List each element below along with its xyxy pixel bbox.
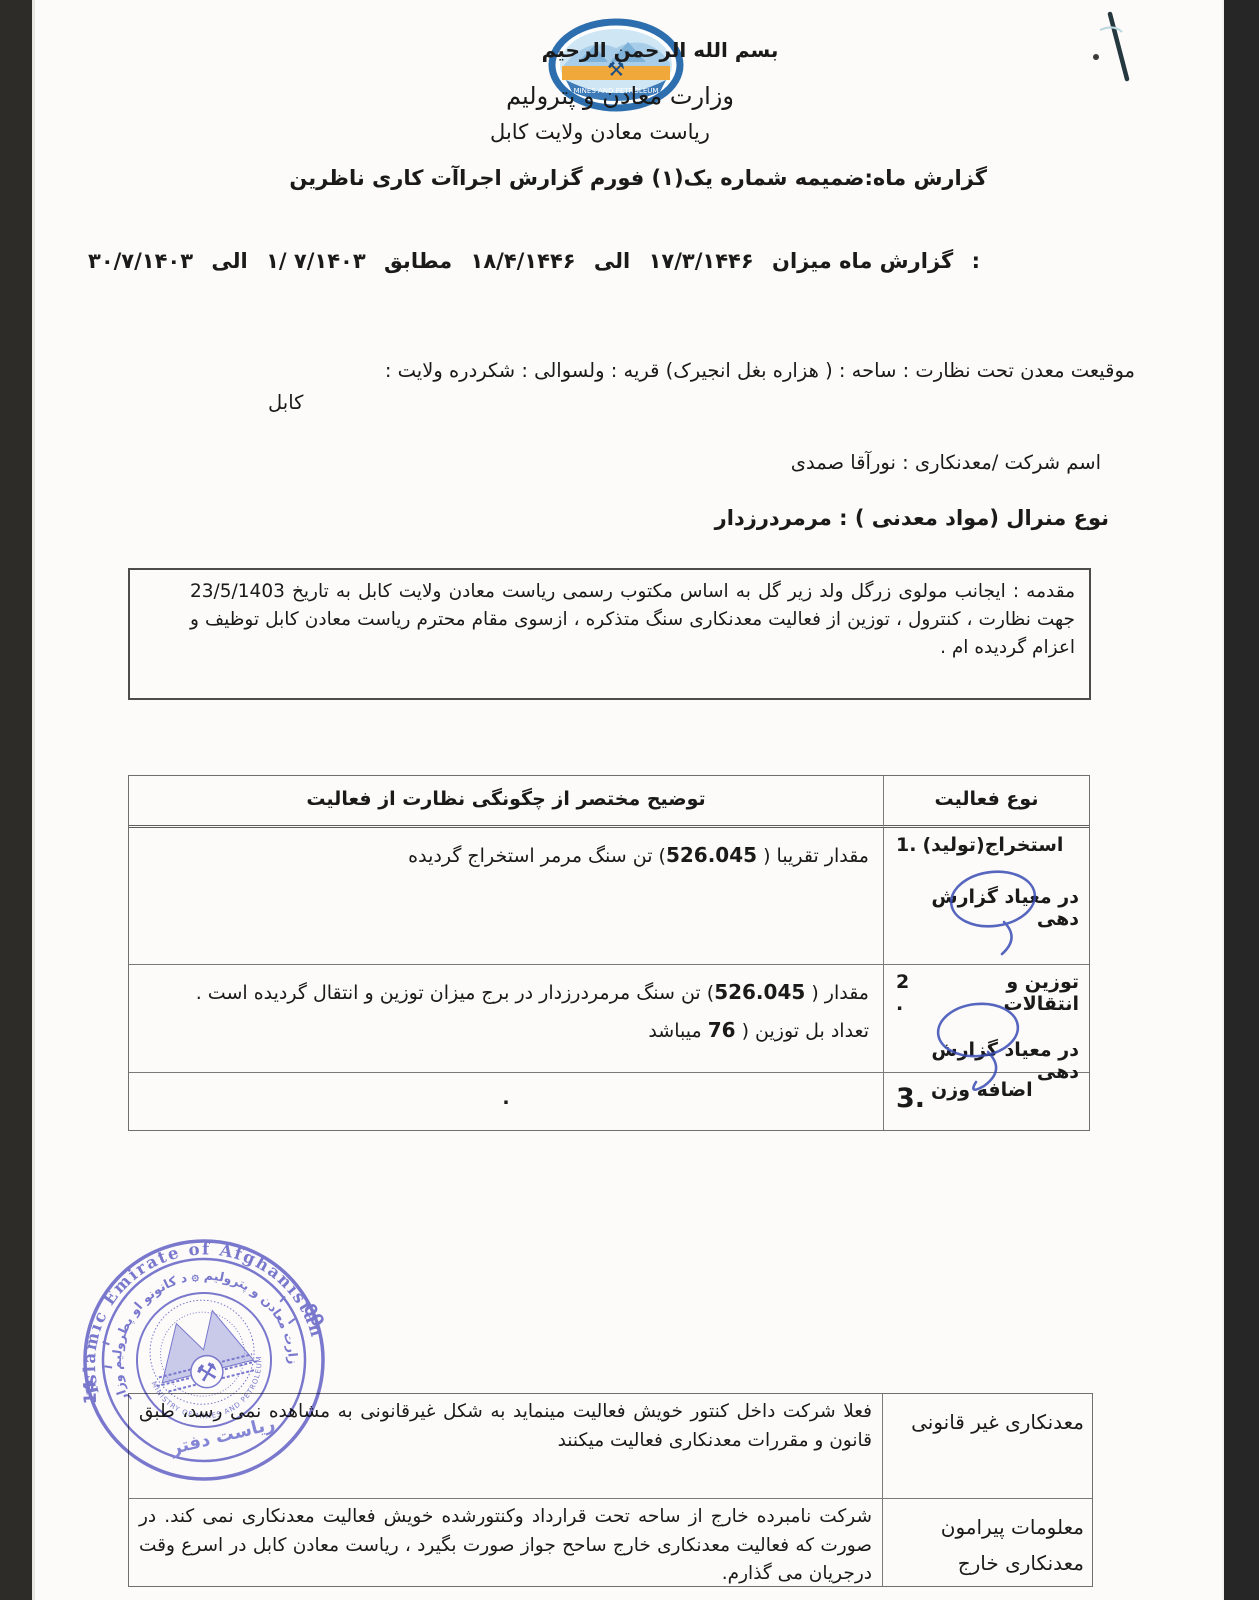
official-round-stamp: Islamic Emirate of Afghanistan 14 00 وزا… — [66, 1222, 342, 1502]
activity-row-3-type: 3. اضافه وزن — [883, 1073, 1089, 1130]
row2-desc-post: ) تن سنگ مرمردرزدار در برج میزان توزین و… — [196, 982, 714, 1004]
activity-row-3-number: 3. — [896, 1085, 925, 1112]
activity-row-2-type: 2 . توزین و انتقالات در معیاد گزارش دهی — [883, 965, 1089, 1073]
activity-row-1-label: استخراج(تولید) — [922, 834, 1063, 856]
stamp-year-left: 14 — [80, 1380, 101, 1405]
row2-desc2-post: میباشد — [648, 1020, 707, 1042]
date-lunar-start: ۱۷/۳/۱۴۴۶ — [649, 249, 754, 273]
form-title: گزارش ماه:ضمیمه شماره یک(۱) فورم گزارش ا… — [289, 166, 987, 190]
activity-row-2-description: مقدار ( 526.045) تن سنگ مرمردرزدار در بر… — [129, 965, 883, 1073]
introduction-box: مقدمه : ایجانب مولوی زرگل ولد زیر گل به … — [128, 568, 1091, 700]
stamp-bottom-text: ریاست دفتر — [168, 1413, 277, 1459]
activity-row-3-description: . — [129, 1073, 883, 1130]
bismillah-line: بسم الله الرحمن الرحیم — [520, 38, 800, 62]
scan-edge-left — [0, 0, 35, 1600]
activity-row-2-label: توزین و انتقالات — [928, 971, 1079, 1015]
date-lunar-end: ۱۸/۴/۱۴۴۶ — [471, 249, 576, 273]
row2-desc2-pre: تعداد بل توزین ( — [736, 1020, 869, 1042]
scan-edge-right — [1222, 0, 1259, 1600]
report-period-line: ۳۰/۷/۱۴۰۳ الی ۱/ ۷/۱۴۰۳ مطابق ۱۸/۴/۱۴۴۶ … — [88, 249, 980, 273]
pen-slash-mark — [1093, 14, 1127, 79]
row2-desc2-value: 76 — [708, 1018, 736, 1042]
period-label: گزارش ماه میزان — [772, 249, 953, 273]
scanned-report-page: MINES AND PETROLEUM ⚒ بسم الله الرحمن ال… — [0, 0, 1259, 1600]
date-solar-end: ۳۰/۷/۱۴۰۳ — [88, 249, 193, 273]
word-motabeq: مطابق — [384, 249, 452, 273]
ministry-name: وزارت معادن و پترولیم — [420, 82, 820, 110]
mineral-type-line: نوع منرال (مواد معدنی ) : مرمردرزدار — [715, 506, 1109, 530]
activity-row-1-number: 1. — [896, 834, 916, 856]
company-name-line: اسم شرکت /معدنکاری : نورآقا صمدی — [791, 451, 1101, 474]
activity-row-2-number: 2 . — [896, 971, 922, 1015]
word-ela: الی — [211, 249, 247, 273]
row2-desc-value: 526.045 — [714, 980, 805, 1004]
activity-row-1-type: 1. استخراج(تولید) در معیاد گزارش دهی — [883, 828, 1089, 965]
info-row-2-text: شرکت نامبرده خارج از ساحه تحت قرارداد وک… — [129, 1499, 882, 1586]
period-colon: : — [972, 249, 980, 273]
info-row-2-label: معلومات پیرامون معدنکاری خارج — [882, 1499, 1092, 1586]
activity-row-1-description: مقدار تقریبا ( 526.045) تن سنگ مرمر استخ… — [129, 828, 883, 965]
row1-desc-post: ) تن سنگ مرمر استخراج گردیده — [408, 845, 666, 867]
row1-desc-value: 526.045 — [666, 843, 757, 867]
activity-row-1-sub: در معیاد گزارش دهی — [894, 886, 1079, 930]
row1-desc-pre: مقدار تقریبا ( — [757, 845, 869, 867]
date-solar-start: ۱/ ۷/۱۴۰۳ — [266, 249, 366, 273]
activity-table-header-description: توضیح مختصر از چگونگی نظارت از فعالیت — [129, 776, 883, 828]
activity-table-header-type: نوع فعالیت — [883, 776, 1089, 828]
activity-table: نوع فعالیت توضیح مختصر از چگونگی نظارت ا… — [128, 775, 1090, 1131]
row2-desc-pre: مقدار ( — [805, 982, 869, 1004]
mine-location-line: موقیعت معدن تحت نظارت : ساحه : ( هزاره ب… — [385, 359, 1135, 382]
mine-location-province: کابل — [268, 391, 303, 414]
directorate-name: ریاست معادن ولایت کابل — [420, 120, 780, 144]
info-row-1-label: معدنکاری غیر قانونی — [882, 1394, 1092, 1499]
word-ela-2: الی — [594, 249, 630, 273]
activity-row-3-label: اضافه وزن — [931, 1079, 1033, 1106]
